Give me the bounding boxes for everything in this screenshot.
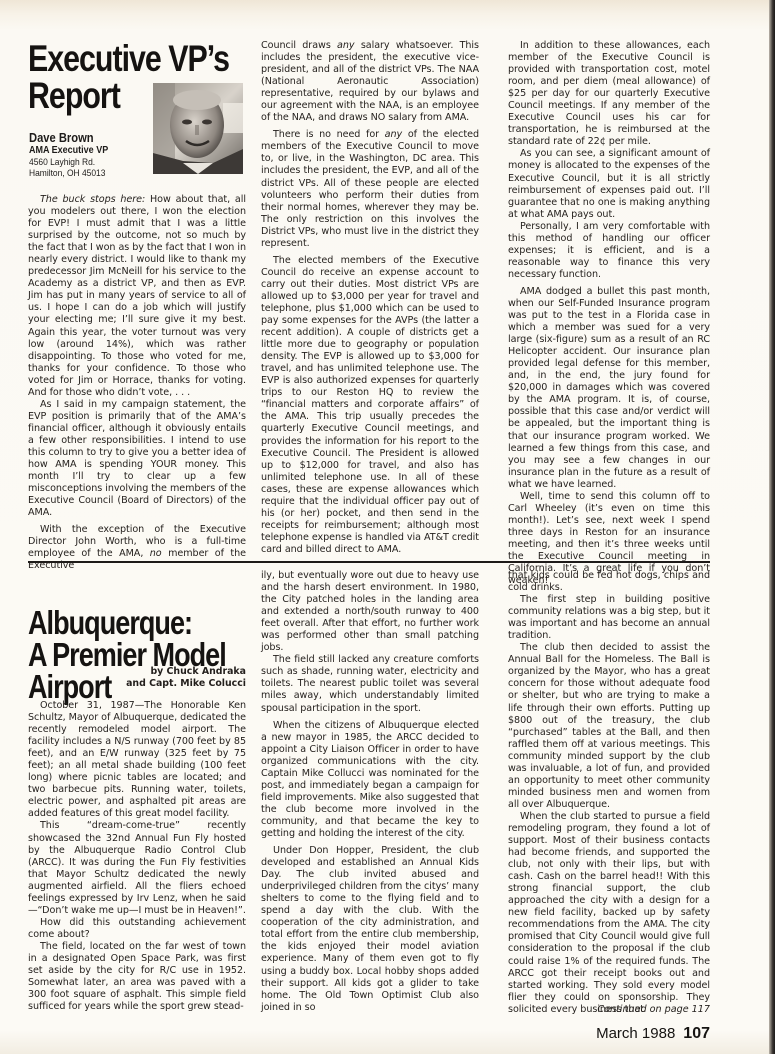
headline-line: Albuquerque:	[28, 607, 226, 639]
paragraph: Personally, I am very comfortable with t…	[508, 221, 710, 281]
paragraph: The first step in building positive comm…	[508, 594, 710, 642]
byline-line: and Capt. Mike Colucci	[28, 678, 246, 690]
author-title: AMA Executive VP	[29, 145, 108, 156]
lead-in-italic: The buck stops here:	[40, 194, 145, 205]
article1-column-1: The buck stops here: How about that, all…	[28, 194, 246, 572]
paragraph: The elected members of the Executive Cou…	[261, 255, 479, 556]
article1-column-2: Council draws any salary whatsoever. Thi…	[261, 40, 479, 556]
paragraph: With the exception of the Executive Dire…	[28, 524, 246, 572]
paragraph: October 31, 1987—The Honorable Ken Schul…	[28, 700, 246, 820]
paragraph: This “dream-come-true” recently showcase…	[28, 820, 246, 916]
paragraph: Council draws any salary whatsoever. Thi…	[261, 40, 479, 124]
headline-line: Executive VP’s	[28, 40, 229, 77]
paragraph: ily, but eventually wore out due to heav…	[261, 570, 479, 654]
paragraph: The field, located on the far west of to…	[28, 941, 246, 1013]
article2-byline: by Chuck Andraka and Capt. Mike Colucci	[28, 666, 246, 690]
magazine-page: Executive VP’s Report	[0, 0, 775, 1054]
author-address-line2: Hamilton, OH 45013	[29, 167, 108, 178]
byline-line: by Chuck Andraka	[28, 666, 246, 678]
article2-column-2: ily, but eventually wore out due to heav…	[261, 570, 479, 1014]
emphasis: any	[385, 129, 403, 140]
paragraph-text: There is no need for	[273, 129, 385, 140]
paragraph: How did this outstanding achievement com…	[28, 917, 246, 941]
paragraph: The buck stops here: How about that, all…	[28, 194, 246, 399]
issue-date: March 1988	[596, 1025, 675, 1042]
paragraph: When the club started to pursue a field …	[508, 811, 710, 1016]
page-footer: March 1988107	[560, 1025, 710, 1043]
paragraph: There is no need for any of the elected …	[261, 129, 479, 249]
paragraph: The club then decided to assist the Annu…	[508, 642, 710, 811]
article2-column-3: that kids could be fed hot dogs, chips a…	[508, 570, 710, 1016]
paragraph: The field still lacked any creature comf…	[261, 654, 479, 714]
paragraph: AMA dodged a bullet this past month, whe…	[508, 286, 710, 491]
page-number: 107	[683, 1025, 710, 1042]
author-name: Dave Brown	[29, 131, 105, 145]
paragraph: As you can see, a significant amount of …	[508, 148, 710, 220]
paragraph: In addition to these allowances, each me…	[508, 40, 710, 148]
paragraph: that kids could be fed hot dogs, chips a…	[508, 570, 710, 594]
portrait-image-icon	[153, 83, 243, 174]
paragraph: Under Don Hopper, President, the club de…	[261, 845, 479, 1014]
author-info: Dave Brown AMA Executive VP 4560 Layhigh…	[29, 131, 117, 178]
paragraph-text: How about that, all you modelers out the…	[28, 194, 246, 398]
paragraph: As I said in my campaign statement, the …	[28, 399, 246, 519]
author-portrait-photo	[153, 83, 243, 174]
paragraph-text: salary whatsoever. This includes the pre…	[261, 40, 479, 123]
article-divider-rule	[28, 561, 710, 563]
author-address-line1: 4560 Layhigh Rd.	[29, 156, 108, 167]
paragraph-text: Council draws	[261, 40, 337, 51]
article1-column-3: In addition to these allowances, each me…	[508, 40, 710, 587]
emphasis: no	[150, 548, 162, 559]
paragraph: When the citizens of Albuquerque elected…	[261, 720, 479, 840]
continued-on-page-note: Continued on page 117	[505, 1004, 710, 1015]
page-edge-shadow	[769, 0, 775, 1054]
article2-column-1: October 31, 1987—The Honorable Ken Schul…	[28, 700, 246, 1013]
emphasis: any	[337, 40, 355, 51]
paragraph-text: of the elected members of the Executive …	[261, 129, 479, 248]
